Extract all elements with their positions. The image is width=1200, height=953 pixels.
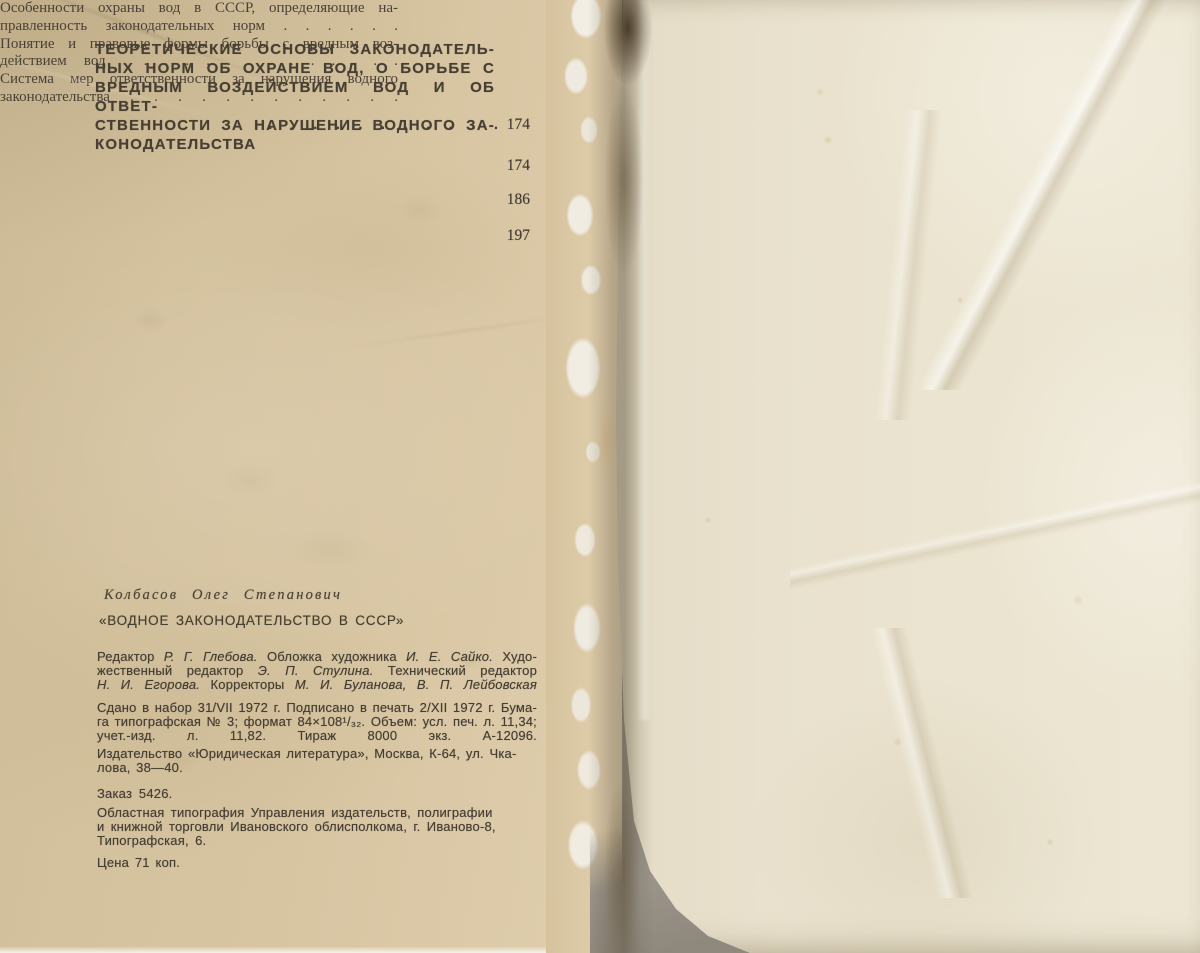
toc-heading-dot-leader: . . . . . . . . . . . (268, 116, 498, 133)
credits-text: Редактор (97, 649, 164, 664)
scan-edge (0, 947, 585, 953)
publisher-paragraph: Издательство «Юридическая литература», М… (97, 747, 537, 775)
toc-heading-page-number: 174 (490, 116, 530, 134)
price-line: Цена 71 коп. (97, 856, 537, 870)
paper-crease (838, 0, 1200, 390)
order-line: Заказ 5426. (97, 787, 537, 801)
credits-text: Корректоры (200, 677, 295, 692)
right-page-blank (598, 0, 1200, 953)
paper-crease (790, 420, 1200, 650)
paper-crease (628, 110, 1188, 420)
credited-person-name: Р. Г. Глебова. (164, 649, 258, 664)
toc-entry: Особенности охраны вод в СССР, определяю… (0, 0, 398, 36)
author-line: Колбасов Олег Степанович (104, 587, 342, 604)
book-title: «ВОДНОЕ ЗАКОНОДАТЕЛЬСТВО В СССР» (99, 613, 404, 628)
toc-entry-page-number: 197 (490, 227, 530, 245)
credited-person-name: Н. И. Егорова. (97, 677, 200, 692)
page-edge-highlight (636, 0, 652, 720)
paper-crease (658, 628, 1198, 898)
book-scan: ТЕОРЕТИЧЕСКИЕ ОСНОВЫ ЗАКОНОДАТЕЛЬ- НЫХ Н… (0, 0, 1200, 953)
toc-entry-page-number: 186 (490, 191, 530, 209)
credits-text: Технический редактор (374, 663, 538, 678)
credited-person-name: И. Е. Сайко. (406, 649, 493, 664)
printer-paragraph: Областная типография Управления издатель… (97, 806, 529, 847)
credits-text: Обложка художника (258, 649, 407, 664)
toc-entry-page-number: 174 (490, 157, 530, 175)
toc-heading: ТЕОРЕТИЧЕСКИЕ ОСНОВЫ ЗАКОНОДАТЕЛЬ- НЫХ Н… (95, 40, 495, 154)
torn-page-edge (546, 0, 622, 953)
credits-paragraph: Редактор Р. Г. Глебова. Обложка художник… (97, 650, 537, 691)
credited-person-name: Э. П. Стулина. (258, 663, 374, 678)
left-page: ТЕОРЕТИЧЕСКИЕ ОСНОВЫ ЗАКОНОДАТЕЛЬ- НЫХ Н… (0, 0, 622, 953)
credited-person-name: М. И. Буланова, В. П. Лейбовская (295, 677, 537, 692)
print-info-paragraph: Сдано в набор 31/VII 1972 г. Подписано в… (97, 701, 537, 742)
